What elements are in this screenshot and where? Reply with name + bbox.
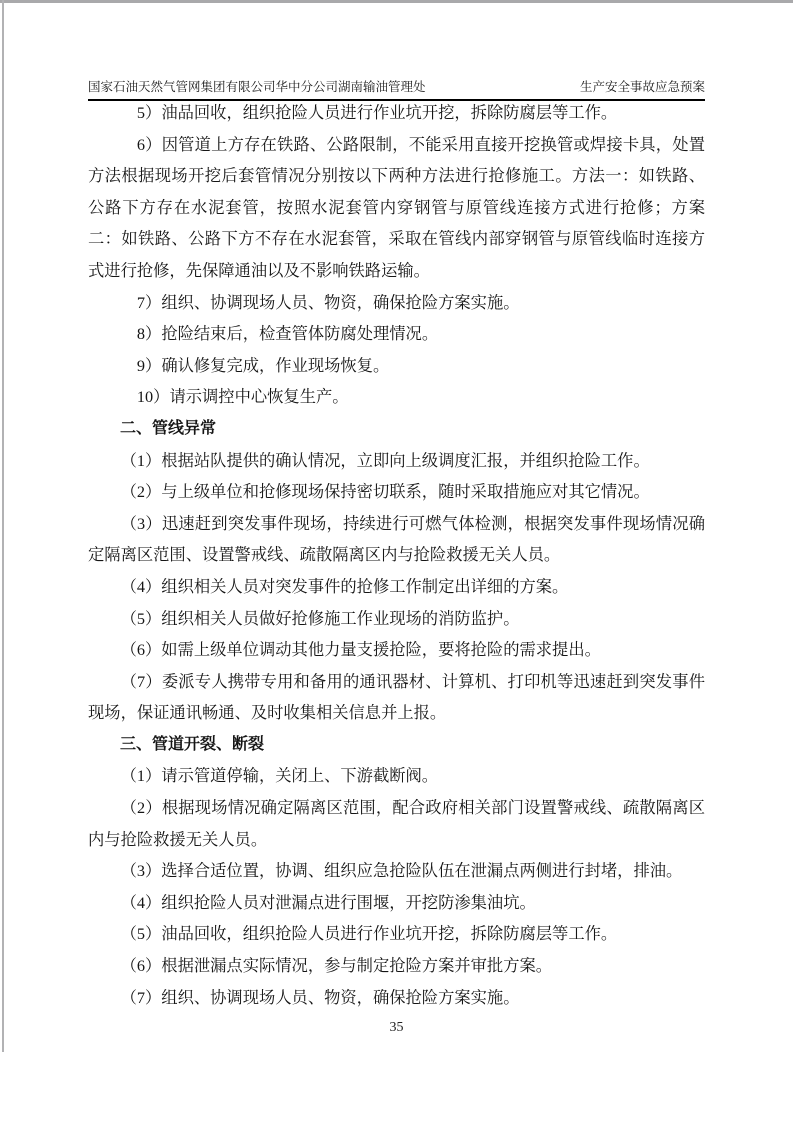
page-top-edge <box>0 0 793 3</box>
paragraph: （6）如需上级单位调动其他力量支援抢险，要将抢险的需求提出。 <box>88 634 705 666</box>
page-left-edge <box>2 0 4 1052</box>
page-footer: 35 <box>0 1020 793 1036</box>
paragraph: （3）选择合适位置，协调、组织应急抢险队伍在泄漏点两侧进行封堵，排油。 <box>88 855 705 887</box>
paragraph: 6）因管道上方存在铁路、公路限制，不能采用直接开挖换管或焊接卡具，处置方法根据现… <box>88 129 705 287</box>
paragraph: 10）请示调控中心恢复生产。 <box>88 381 705 413</box>
page-header: 国家石油天然气管网集团有限公司华中分公司湖南输油管理处 生产安全事故应急预案 <box>88 78 705 96</box>
header-company-name: 国家石油天然气管网集团有限公司华中分公司湖南输油管理处 <box>88 78 426 96</box>
paragraph: （2）与上级单位和抢修现场保持密切联系，随时采取措施应对其它情况。 <box>88 476 705 508</box>
document-page: 国家石油天然气管网集团有限公司华中分公司湖南输油管理处 生产安全事故应急预案 5… <box>0 0 793 1122</box>
paragraph: （5）油品回收，组织抢险人员进行作业坑开挖，拆除防腐层等工作。 <box>88 918 705 950</box>
paragraph: （5）组织相关人员做好抢修施工作业现场的消防监护。 <box>88 603 705 635</box>
paragraph: （6）根据泄漏点实际情况，参与制定抢险方案并审批方案。 <box>88 950 705 982</box>
paragraph: （1）根据站队提供的确认情况，立即向上级调度汇报，并组织抢险工作。 <box>88 445 705 477</box>
paragraph: （4）组织相关人员对突发事件的抢修工作制定出详细的方案。 <box>88 571 705 603</box>
paragraph: （1）请示管道停输，关闭上、下游截断阀。 <box>88 760 705 792</box>
document-body: 5）油品回收，组织抢险人员进行作业坑开挖，拆除防腐层等工作。6）因管道上方存在铁… <box>88 97 705 1013</box>
paragraph: （3）迅速赶到突发事件现场，持续进行可燃气体检测，根据突发事件现场情况确定隔离区… <box>88 508 705 571</box>
paragraph: （7）委派专人携带专用和备用的通讯器材、计算机、打印机等迅速赶到突发事件现场，保… <box>88 666 705 729</box>
section-heading: 二、管线异常 <box>88 413 705 445</box>
paragraph: 8）抢险结束后，检查管体防腐处理情况。 <box>88 318 705 350</box>
paragraph: 5）油品回收，组织抢险人员进行作业坑开挖，拆除防腐层等工作。 <box>88 97 705 129</box>
page-number: 35 <box>390 1020 404 1035</box>
paragraph: （4）组织抢险人员对泄漏点进行围堰，开挖防渗集油坑。 <box>88 887 705 919</box>
paragraph: 9）确认修复完成，作业现场恢复。 <box>88 350 705 382</box>
header-document-title: 生产安全事故应急预案 <box>580 78 705 96</box>
paragraph: （2）根据现场情况确定隔离区范围，配合政府相关部门设置警戒线、疏散隔离区内与抢险… <box>88 792 705 855</box>
paragraph: 7）组织、协调现场人员、物资，确保抢险方案实施。 <box>88 287 705 319</box>
section-heading: 三、管道开裂、断裂 <box>88 729 705 761</box>
paragraph: （7）组织、协调现场人员、物资，确保抢险方案实施。 <box>88 982 705 1014</box>
